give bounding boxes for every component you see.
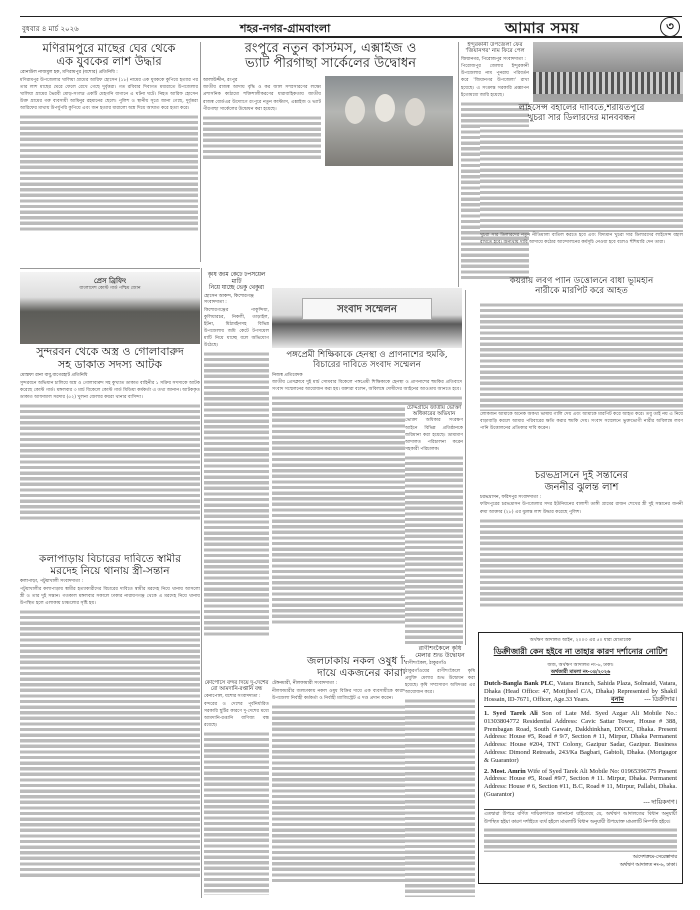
headline: কৃষি জমি কেটে টপসয়েল মাটি নিয়ে যাচ্ছে … xyxy=(204,272,269,292)
photo-banner: সংবাদ সম্মেলন xyxy=(302,298,432,320)
coastguard-photo: প্রেস ব্রিফিং বাংলাদেশ কোস্ট গার্ড পশ্চি… xyxy=(20,272,200,344)
page-number: ৩ xyxy=(660,17,680,37)
paragraph: খুচরা সার ডিলারদের নতুন নীতিমালা বাতিল ক… xyxy=(480,232,683,246)
divider xyxy=(484,809,677,810)
article-port: কোপোসে বন্দর দিয়ে দু-দেশের রো আমদানি-রপ… xyxy=(204,680,269,900)
column-rule xyxy=(458,42,459,287)
article-body: মণিরামপুর উপজেলার খালিয়া গ্রামের আরিফ হ… xyxy=(20,77,198,113)
paragraph: সুন্দরবনে অভিযান চালিয়ে অস্ত্র ও গোলাবা… xyxy=(20,380,200,401)
article-body: জাতীয় রাজস্ব আদায় বৃদ্ধি ও কর জাল সম্প… xyxy=(203,84,321,112)
defendant-role: --- দায়িকগণ। xyxy=(484,799,677,807)
newspaper-logo: আমার সময় xyxy=(505,17,579,42)
versus-label: বনাম xyxy=(611,696,624,704)
signature-line: অর্থঋণ আদালত নং-৬, ঢাকা। xyxy=(484,862,677,870)
headline-line: বিচারের দাবিতে সংবাদ সম্মেলন xyxy=(272,361,462,371)
issue-date: বুধবার ৪ মার্চ ২০২৬ xyxy=(22,23,79,35)
headline-line: নারীকে মারপিট করে আহত xyxy=(480,287,683,297)
headline: কয়রায় লবণ পানি উত্তোলনে বাঁধা ভূমিহীন … xyxy=(480,277,683,297)
headline: কোপোসে বন্দর দিয়ে দু-দেশের রো আমদানি-রপ… xyxy=(204,680,269,692)
paragraph: ফরিদপুরের চরভদ্রাসন উপজেলার সদর ইউনিয়নে… xyxy=(480,501,683,515)
text-lines xyxy=(480,301,683,411)
headline-line: এক যুবকের লাশ উদ্ধার xyxy=(20,55,198,68)
article-body: লোকজন আমাকে অনেক অকথ্য ভাষায় গালি দেয় … xyxy=(480,411,683,432)
text-lines xyxy=(480,127,683,232)
defendant-2-block: 2. Most. Amrin Wife of Syed Tarek Ali Mo… xyxy=(484,768,677,807)
headline-line: ভ্যাট পীরগাছা সার্কেলের উদ্বোধন xyxy=(203,57,458,72)
paragraph: জাতীয় প্রেসক্লাবে দুই মার্চ সোমবার বিকে… xyxy=(272,379,462,393)
headline-line: সহ ডাকাত সদস্য আটক xyxy=(20,359,200,372)
divider xyxy=(484,706,677,707)
article-thakurgaon: রাণীশংকৈলে কৃষি মেলার শুভ উদ্বোধন রাণীশং… xyxy=(405,645,475,900)
paragraph: ঠাকুরগাঁওয়ের রাণীশংকৈলে কৃষি প্রযুক্তি … xyxy=(405,668,475,696)
article-body: ফরিদপুরের চরভদ্রাসন উপজেলার সদর ইউনিয়নে… xyxy=(480,501,683,515)
masthead: বুধবার ৪ মার্চ ২০২৬ শহর-নগর-গ্রামবাংলা আ… xyxy=(20,16,682,38)
notice-line: অর্থঋণ আদালত আইন, ২০০৩ এর ৫০ ধারা মোতাবে… xyxy=(484,636,677,644)
article-coastguard: প্রেস ব্রিফিং বাংলাদেশ কোস্ট গার্ড পশ্চি… xyxy=(20,272,200,547)
text-lines xyxy=(204,730,269,895)
headline: পঙ্গপ্রেমী শিক্ষিকাকে হেনস্থা ও প্রাণনাশ… xyxy=(272,351,462,371)
headline: চৌদ্দগ্রামে জাতীয় ভোক্তা অধিকারের অভিযা… xyxy=(405,405,463,417)
article-body: ঠাকুরগাঁওয়ের রাণীশংকৈলে কৃষি প্রযুক্তি … xyxy=(405,668,475,696)
byline: বেনাপোল, যশোর সংবাদদাতা : xyxy=(204,694,269,700)
paragraph: ভোক্তা অধিকার সংরক্ষণ আইনে বিভিন্ন প্রতি… xyxy=(405,417,463,453)
defendant-name: 2. Most. Amrin xyxy=(484,768,526,775)
headline-line: মেলার শুভ উদ্বোধন xyxy=(405,652,475,659)
article-body: পটুয়াখালীর কলাপাড়ায় স্বামীর হত্যাকারী… xyxy=(20,586,200,607)
shariatpur-photo xyxy=(533,42,683,102)
legal-notice: অর্থঋণ আদালত আইন, ২০০৩ এর ৫০ ধারা মোতাবে… xyxy=(478,632,683,884)
defendant-text: Son of Late Md. Syed Azgar Ali Mobile No… xyxy=(484,710,677,764)
article-body: সুন্দরবনে অভিযান চালিয়ে অস্ত্র ও গোলাবা… xyxy=(20,380,200,401)
article-chowddagram: চৌদ্দগ্রামে জাতীয় ভোক্তা অধিকারের অভিযা… xyxy=(405,405,463,645)
headline: সুন্দরবন থেকে অস্ত্র ও গোলাবারুদ সহ ডাকা… xyxy=(20,346,200,371)
paragraph: বন্দরের ও দেশের পূর্বনির্ধারিত সরকারি ছু… xyxy=(204,701,269,729)
headline: মণিরামপুরে মাছের ঘের থেকে এক যুবকের লাশ … xyxy=(20,42,198,68)
headline-line: সুন্দরবন থেকে অস্ত্র ও গোলাবারুদ xyxy=(20,346,200,359)
plaintiff-block: Dutch-Bangla Bank PLC, Vatara Branch, Sa… xyxy=(484,680,677,703)
article-body: বন্দরের ও দেশের পূর্বনির্ধারিত সরকারি ছু… xyxy=(204,701,269,729)
notice-title: ডিক্রীজারী কেন হইবে না তাহার কারণ দর্শান… xyxy=(484,646,677,659)
article-rangpur: রংপুরে নতুন কাস্টমস, এক্সাইজ ও ভ্যাট পীর… xyxy=(203,42,458,172)
headline-line: রো আমদানি-রপ্তানি বন্ধ xyxy=(204,686,269,692)
article-krishi: কৃষি জমি কেটে টপসয়েল মাটি নিয়ে যাচ্ছে … xyxy=(204,272,269,637)
plaintiff-name: Dutch-Bangla Bank PLC xyxy=(484,680,553,687)
headline: রাণীশংকৈলে কৃষি মেলার শুভ উদ্বোধন xyxy=(405,645,475,659)
paragraph: জাতীয় রাজস্ব আদায় বৃদ্ধি ও কর জাল সম্প… xyxy=(203,84,321,112)
headline: রংপুরে নতুন কাস্টমস, এক্সাইজ ও ভ্যাট পীর… xyxy=(203,42,458,72)
photo-banner: বাংলাদেশ কোস্ট গার্ড পশ্চিম জোন xyxy=(20,285,200,292)
headline-line: চরভদ্রাসনে দুই সন্তানের xyxy=(480,470,683,482)
headline-line: মরদেহ নিয়ে থানায় স্ত্রী-সন্তান xyxy=(20,565,200,577)
article-body: খুচরা সার ডিলারদের নতুন নীতিমালা বাতিল ক… xyxy=(480,232,683,246)
article-manirampur: মণিরামপুরে মাছের ঘের থেকে এক যুবকের লাশ … xyxy=(20,42,198,267)
defendant-name: 1. Syed Tarek Ali xyxy=(484,710,538,717)
paragraph: কিশোরগঞ্জের পাকুন্দিয়া, কুলিয়ারচর, নিক… xyxy=(204,307,269,350)
case-number: অর্থজারী মামলা নং-০৪/২০২৬ xyxy=(484,669,677,677)
notice-body: এতদ্বারা উপরে বর্ণিত দায়িকগণকে জানানো য… xyxy=(484,811,677,826)
headline: চরভদ্রাসনে দুই সন্তানের জননীর ঝুলন্ত লাশ xyxy=(480,470,683,493)
column-rule xyxy=(201,268,202,898)
article-body: কিশোরগঞ্জের পাকুন্দিয়া, কুলিয়ারচর, নিক… xyxy=(204,307,269,350)
paragraph: পটুয়াখালীর কলাপাড়ায় স্বামীর হত্যাকারী… xyxy=(20,586,200,607)
headline: লাইসেন্স বহালের দাবিতে,শরীয়তপুরে খুচরা … xyxy=(480,104,683,124)
headline-line: খুচরা সার ডিলারদের মানববন্ধন xyxy=(480,114,683,124)
text-lines xyxy=(20,113,198,233)
paragraph: পিরোজপুর জেলার ইন্দুরকানী উপজেলার নাম পু… xyxy=(461,63,529,99)
article-body: জাতীয় প্রেসক্লাবে দুই মার্চ সোমবার বিকে… xyxy=(272,379,462,393)
article-charvadrasan: চরভদ্রাসনে দুই সন্তানের জননীর ঝুলন্ত লাশ… xyxy=(480,470,683,628)
defendant-1-block: 1. Syed Tarek Ali Son of Late Md. Syed A… xyxy=(484,710,677,765)
headline-line: জননীর ঝুলন্ত লাশ xyxy=(480,482,683,494)
article-shariatpur-text: লাইসেন্স বহালের দাবিতে,শরীয়তপুরে খুচরা … xyxy=(480,104,683,249)
text-lines xyxy=(484,826,677,852)
text-lines xyxy=(405,454,463,644)
signature-line: আদেশক্রমে-সেরেস্তাদার xyxy=(484,854,677,862)
paragraph: লোকজন আমাকে অনেক অকথ্য ভাষায় গালি দেয় … xyxy=(480,411,683,432)
headline-line: রংপুরে নতুন কাস্টমস, এক্সাইজ ও xyxy=(203,42,458,57)
press-photo: সংবাদ সম্মেলন xyxy=(272,288,462,348)
plaintiff-role: --- ডিক্রীদার। xyxy=(644,696,677,704)
byline: হোসেন আকন্দ, কিশোরগঞ্জ সংবাদদাতা : xyxy=(204,294,269,307)
paragraph: মণিরামপুর উপজেলার খালিয়া গ্রামের আরিফ হ… xyxy=(20,77,198,113)
notice-line: জজ, অর্থঋণ আদালত নং-৬, ঢাকা। xyxy=(484,661,677,669)
text-lines xyxy=(20,608,200,878)
divider xyxy=(20,268,200,269)
article-body: পিরোজপুর জেলার ইন্দুরকানী উপজেলার নাম পু… xyxy=(461,63,529,99)
headline: কলাপাড়ায় বিচারের দাবিতে স্বামীর মরদেহ … xyxy=(20,553,200,577)
headline-line: 'জিয়ানগর' নাম ফিরে পেল xyxy=(461,48,529,54)
text-lines xyxy=(405,697,475,897)
headline-line: নিয়ে যাচ্ছে ভেকু থেকুরা xyxy=(204,285,269,292)
headline-line: কলাপাড়ায় বিচারের দাবিতে স্বামীর xyxy=(20,553,200,565)
article-kalapara: কলাপাড়ায় বিচারের দাবিতে স্বামীর মরদেহ … xyxy=(20,553,200,898)
text-lines xyxy=(204,350,269,637)
text-lines xyxy=(20,402,200,522)
column-rule xyxy=(200,42,201,262)
section-title: শহর-নগর-গ্রামবাংলা xyxy=(240,20,330,39)
text-lines xyxy=(480,517,683,607)
headline-line: কৃষি জমি কেটে টপসয়েল মাটি xyxy=(204,272,269,285)
article-koyra: কয়রায় লবণ পানি উত্তোলনে বাঁধা ভূমিহীন … xyxy=(480,277,683,472)
article-body: ভোক্তা অধিকার সংরক্ষণ আইনে বিভিন্ন প্রতি… xyxy=(405,417,463,453)
headline: ইন্দুরকানী উপজেলা ফের 'জিয়ানগর' নাম ফির… xyxy=(461,42,529,55)
text-lines xyxy=(203,114,321,159)
rangpur-photo xyxy=(325,76,453,166)
